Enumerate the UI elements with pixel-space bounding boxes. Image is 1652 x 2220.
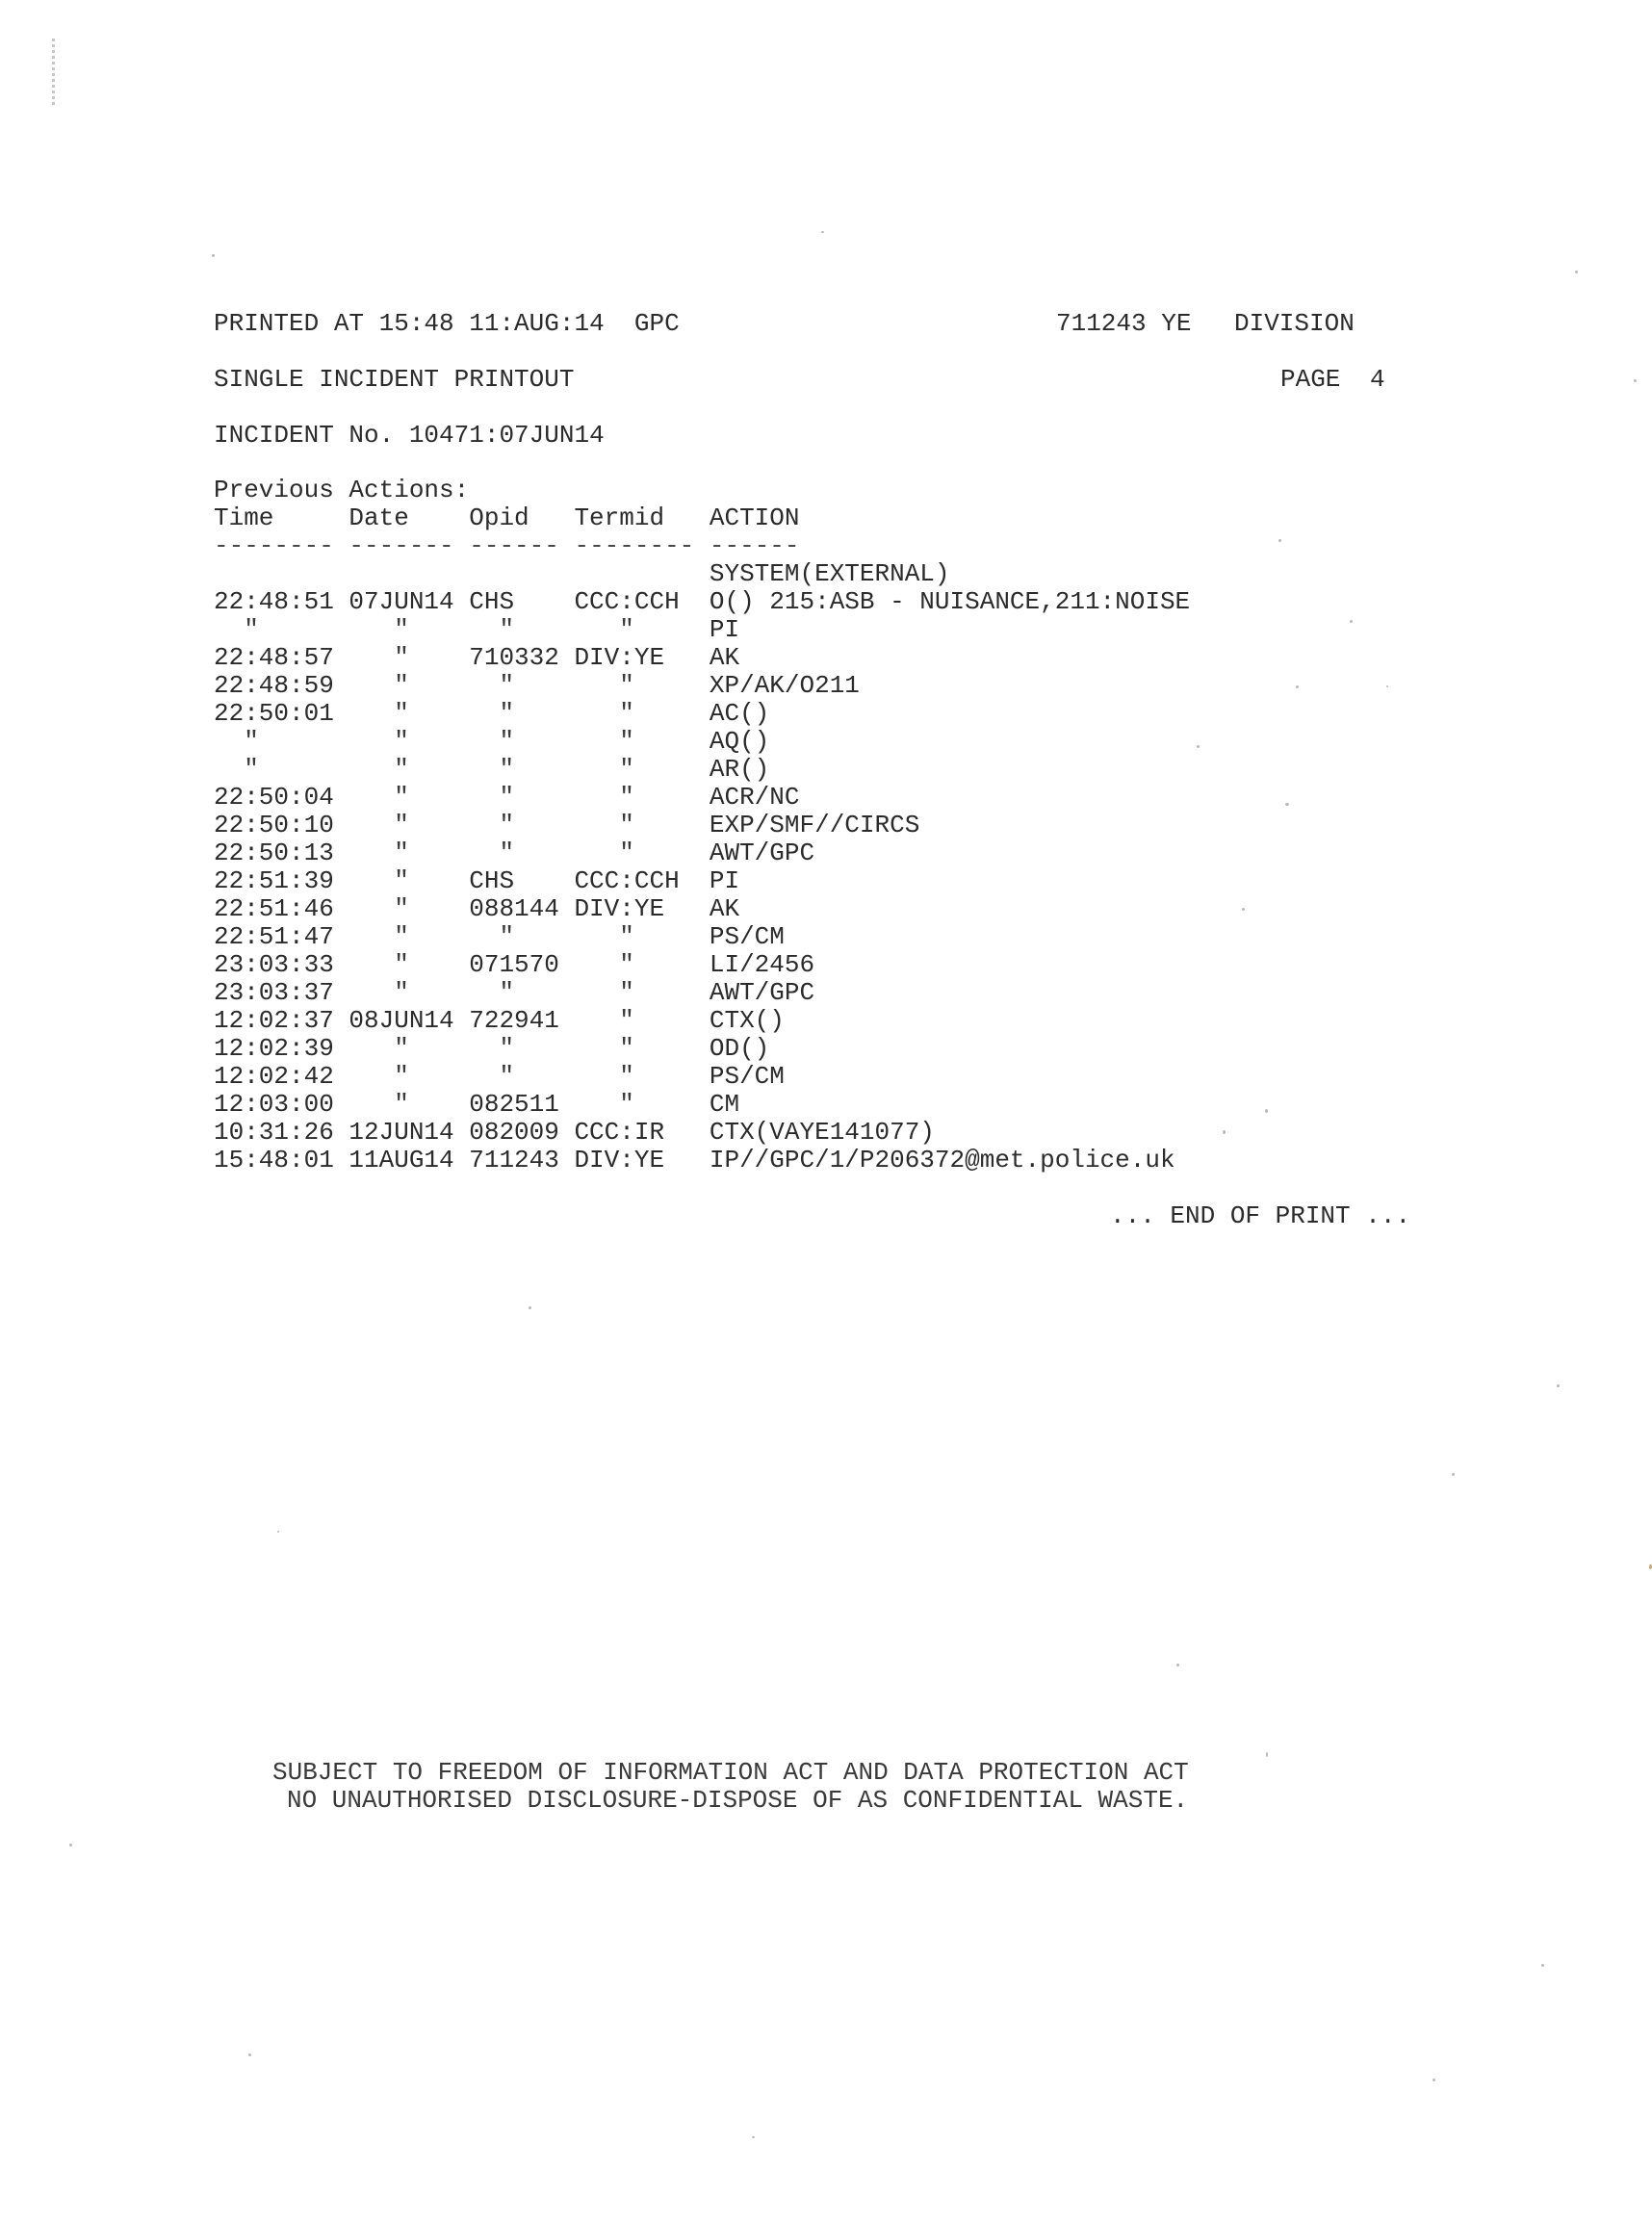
footer-notice-line-1: SUBJECT TO FREEDOM OF INFORMATION ACT AN… xyxy=(272,1759,1189,1787)
cell-time: 12:02:42 xyxy=(214,1063,334,1091)
cell-opid: 710332 xyxy=(469,644,559,672)
ditto-mark: " xyxy=(619,951,634,979)
ditto-mark: " xyxy=(394,923,409,951)
cell-action: AK xyxy=(710,644,739,672)
document-title: SINGLE INCIDENT PRINTOUT xyxy=(214,366,574,394)
ditto-mark: " xyxy=(619,1007,634,1035)
cell-date: 11AUG14 xyxy=(348,1147,453,1175)
ditto-mark: " xyxy=(499,616,514,644)
cell-action: PS/CM xyxy=(710,1063,785,1091)
table-row: 22:48:59"""XP/AK/O211 xyxy=(214,672,1417,700)
cell-opid: 722941 xyxy=(469,1007,559,1035)
cell-time: 12:03:00 xyxy=(214,1091,334,1119)
ditto-mark: " xyxy=(394,756,409,784)
ditto-mark: " xyxy=(244,728,259,756)
operator-division-code: 711243 YE xyxy=(1056,310,1191,338)
cell-action: AC() xyxy=(710,700,769,728)
cell-action: AWT/GPC xyxy=(710,979,814,1007)
ditto-mark: " xyxy=(619,700,634,728)
cell-action: AWT/GPC xyxy=(710,839,814,867)
cell-action: AR() xyxy=(710,756,769,784)
cell-termid: DIV:YE xyxy=(574,644,664,672)
scan-speck xyxy=(1242,908,1245,911)
ditto-mark: " xyxy=(499,784,514,812)
cell-time: 22:50:04 xyxy=(214,784,334,812)
cell-time: 23:03:33 xyxy=(214,951,334,979)
ditto-mark: " xyxy=(619,672,634,700)
scan-speck xyxy=(277,1531,279,1533)
cell-opid: 711243 xyxy=(469,1147,559,1175)
ditto-mark: " xyxy=(619,979,634,1007)
ditto-mark: " xyxy=(499,1035,514,1063)
cell-date: 08JUN14 xyxy=(348,1007,453,1035)
scan-speck xyxy=(1386,685,1388,687)
ditto-mark: " xyxy=(619,1063,634,1091)
ditto-mark: " xyxy=(619,1091,634,1119)
scan-speck xyxy=(1197,745,1200,748)
scan-speck xyxy=(1285,803,1289,806)
preamble-action: SYSTEM(EXTERNAL) xyxy=(710,560,950,588)
cell-time: 23:03:37 xyxy=(214,979,334,1007)
scan-speck xyxy=(1452,1473,1455,1476)
scan-speck xyxy=(69,1844,72,1846)
cell-opid: CHS xyxy=(469,588,514,616)
cell-action: ACR/NC xyxy=(710,784,800,812)
ditto-mark: " xyxy=(394,1035,409,1063)
table-row: 22:48:5107JUN14CHSCCC:CCHO() 215:ASB - N… xyxy=(214,588,1417,616)
cell-date: 07JUN14 xyxy=(348,588,453,616)
cell-time: 12:02:39 xyxy=(214,1035,334,1063)
cell-action: XP/AK/O211 xyxy=(710,672,860,700)
ditto-mark: " xyxy=(619,616,634,644)
ditto-mark: " xyxy=(394,839,409,867)
column-header-opid: Opid xyxy=(469,504,529,532)
table-row: 22:50:04"""ACR/NC xyxy=(214,784,1417,812)
ditto-mark: " xyxy=(499,672,514,700)
cell-opid: 088144 xyxy=(469,895,559,923)
ditto-mark: " xyxy=(394,672,409,700)
scan-speck xyxy=(1176,1664,1179,1666)
cell-termid: DIV:YE xyxy=(574,1147,664,1175)
ditto-mark: " xyxy=(499,756,514,784)
cell-action: CTX() xyxy=(710,1007,785,1035)
table-row: 15:48:0111AUG14711243DIV:YEIP//GPC/1/P20… xyxy=(214,1147,1417,1175)
ditto-mark: " xyxy=(394,728,409,756)
scan-speck xyxy=(212,254,215,257)
ditto-mark: " xyxy=(499,812,514,839)
ditto-mark: " xyxy=(394,895,409,923)
column-header-date: Date xyxy=(348,504,408,532)
scan-speck xyxy=(1557,1384,1560,1387)
ditto-mark: " xyxy=(619,728,634,756)
table-row: 12:02:39"""OD() xyxy=(214,1035,1417,1063)
header-separator: -------- ------- ------ -------- ------ xyxy=(214,532,800,560)
ditto-mark: " xyxy=(619,923,634,951)
cell-opid: 082009 xyxy=(469,1119,559,1147)
ditto-mark: " xyxy=(394,1091,409,1119)
cell-opid: 082511 xyxy=(469,1091,559,1119)
scan-speck xyxy=(248,2053,251,2056)
cell-action: PI xyxy=(710,616,739,644)
cell-time: 22:50:13 xyxy=(214,839,334,867)
scan-speck xyxy=(1266,1752,1268,1757)
cell-action: LI/2456 xyxy=(710,951,814,979)
page-label: PAGE xyxy=(1280,366,1340,394)
cell-time: 22:48:59 xyxy=(214,672,334,700)
cell-action: IP//GPC/1/P206372@met.police.uk xyxy=(710,1147,1175,1175)
end-of-print: ... END OF PRINT ... xyxy=(1110,1202,1410,1230)
ditto-mark: " xyxy=(619,1035,634,1063)
ditto-mark: " xyxy=(499,728,514,756)
table-row: 23:03:37"""AWT/GPC xyxy=(214,979,1417,1007)
cell-action: PS/CM xyxy=(710,923,785,951)
cell-action: EXP/SMF//CIRCS xyxy=(710,812,919,839)
table-row: 22:51:46"088144DIV:YEAK xyxy=(214,895,1417,923)
column-header-termid: Termid xyxy=(574,504,664,532)
cell-termid: CCC:IR xyxy=(574,1119,664,1147)
cell-time: 22:50:01 xyxy=(214,700,334,728)
ditto-mark: " xyxy=(619,839,634,867)
table-row: 22:48:57"710332DIV:YEAK xyxy=(214,644,1417,672)
scan-speck xyxy=(1278,539,1281,542)
scan-speck xyxy=(529,1306,531,1309)
table-row: 10:31:2612JUN14082009CCC:IRCTX(VAYE14107… xyxy=(214,1119,1417,1147)
cell-date: 12JUN14 xyxy=(348,1119,453,1147)
cell-time: 12:02:37 xyxy=(214,1007,334,1035)
page-number: 4 xyxy=(1370,366,1385,394)
ditto-mark: " xyxy=(244,756,259,784)
ditto-mark: " xyxy=(394,867,409,895)
cell-time: 22:48:57 xyxy=(214,644,334,672)
scan-speck xyxy=(1433,2078,1435,2081)
table-row: 12:02:42"""PS/CM xyxy=(214,1063,1417,1091)
scan-mark xyxy=(52,39,55,106)
table-row: 22:51:47"""PS/CM xyxy=(214,923,1417,951)
cell-time: 22:51:39 xyxy=(214,867,334,895)
cell-time: 22:51:47 xyxy=(214,923,334,951)
ditto-mark: " xyxy=(394,812,409,839)
ditto-mark: " xyxy=(499,839,514,867)
scan-speck xyxy=(1265,1109,1268,1113)
cell-termid: CCC:CCH xyxy=(574,588,679,616)
cell-opid: 071570 xyxy=(469,951,559,979)
column-header-time: Time xyxy=(214,504,273,532)
ditto-mark: " xyxy=(394,644,409,672)
ditto-mark: " xyxy=(619,756,634,784)
ditto-mark: " xyxy=(394,616,409,644)
table-row: 22:50:10"""EXP/SMF//CIRCS xyxy=(214,812,1417,839)
incident-number: INCIDENT No. 10471:07JUN14 xyxy=(214,422,605,450)
scan-speck xyxy=(752,2136,755,2138)
printed-at-line: PRINTED AT 15:48 11:AUG:14 GPC xyxy=(214,310,680,338)
table-header: Time Date Opid Termid ACTION xyxy=(214,504,1369,532)
ditto-mark: " xyxy=(499,923,514,951)
table-row: """"PI xyxy=(214,616,1417,644)
footer-notice-line-2: NO UNAUTHORISED DISCLOSURE-DISPOSE OF AS… xyxy=(287,1787,1188,1815)
cell-action: CM xyxy=(710,1091,739,1119)
ditto-mark: " xyxy=(499,1063,514,1091)
ditto-mark: " xyxy=(619,784,634,812)
table-row: 22:50:13"""AWT/GPC xyxy=(214,839,1417,867)
cell-action: PI xyxy=(710,867,739,895)
table-row: """"AQ() xyxy=(214,728,1417,756)
cell-termid: CCC:CCH xyxy=(574,867,679,895)
scan-speck xyxy=(1350,620,1353,623)
previous-actions-label: Previous Actions: xyxy=(214,477,469,504)
scan-speck xyxy=(1575,271,1578,273)
scan-speck xyxy=(1634,379,1637,382)
scan-speck xyxy=(1541,1964,1544,1967)
ditto-mark: " xyxy=(244,616,259,644)
cell-time: 22:51:46 xyxy=(214,895,334,923)
ditto-mark: " xyxy=(394,979,409,1007)
cell-time: 22:50:10 xyxy=(214,812,334,839)
printout-page: PRINTED AT 15:48 11:AUG:14 GPC 711243 YE… xyxy=(0,0,1652,2220)
cell-action: AK xyxy=(710,895,739,923)
scan-speck xyxy=(821,231,824,233)
ditto-mark: " xyxy=(394,1063,409,1091)
scan-speck xyxy=(1296,685,1299,688)
ditto-mark: " xyxy=(619,812,634,839)
cell-opid: CHS xyxy=(469,867,514,895)
ditto-mark: " xyxy=(499,700,514,728)
table-row: 12:03:00"082511"CM xyxy=(214,1091,1417,1119)
table-row: 22:51:39"CHSCCC:CCHPI xyxy=(214,867,1417,895)
ditto-mark: " xyxy=(394,951,409,979)
scan-speck xyxy=(1223,1130,1226,1134)
ditto-mark: " xyxy=(499,979,514,1007)
column-header-action: ACTION xyxy=(710,504,800,532)
cell-action: O() 215:ASB - NUISANCE,211:NOISE xyxy=(710,588,1190,616)
cell-time: 15:48:01 xyxy=(214,1147,334,1175)
ditto-mark: " xyxy=(394,700,409,728)
ditto-mark: " xyxy=(394,784,409,812)
division-label: DIVISION xyxy=(1234,310,1355,338)
table-row: 23:03:33"071570"LI/2456 xyxy=(214,951,1417,979)
cell-action: CTX(VAYE141077) xyxy=(710,1119,935,1147)
cell-termid: DIV:YE xyxy=(574,895,664,923)
table-row: 22:50:01"""AC() xyxy=(214,700,1417,728)
table-row: 12:02:3708JUN14722941"CTX() xyxy=(214,1007,1417,1035)
cell-action: OD() xyxy=(710,1035,769,1063)
table-row: """"AR() xyxy=(214,756,1417,784)
cell-time: 10:31:26 xyxy=(214,1119,334,1147)
cell-time: 22:48:51 xyxy=(214,588,334,616)
cell-action: AQ() xyxy=(710,728,769,756)
preamble-row: SYSTEM(EXTERNAL) xyxy=(214,560,1369,588)
